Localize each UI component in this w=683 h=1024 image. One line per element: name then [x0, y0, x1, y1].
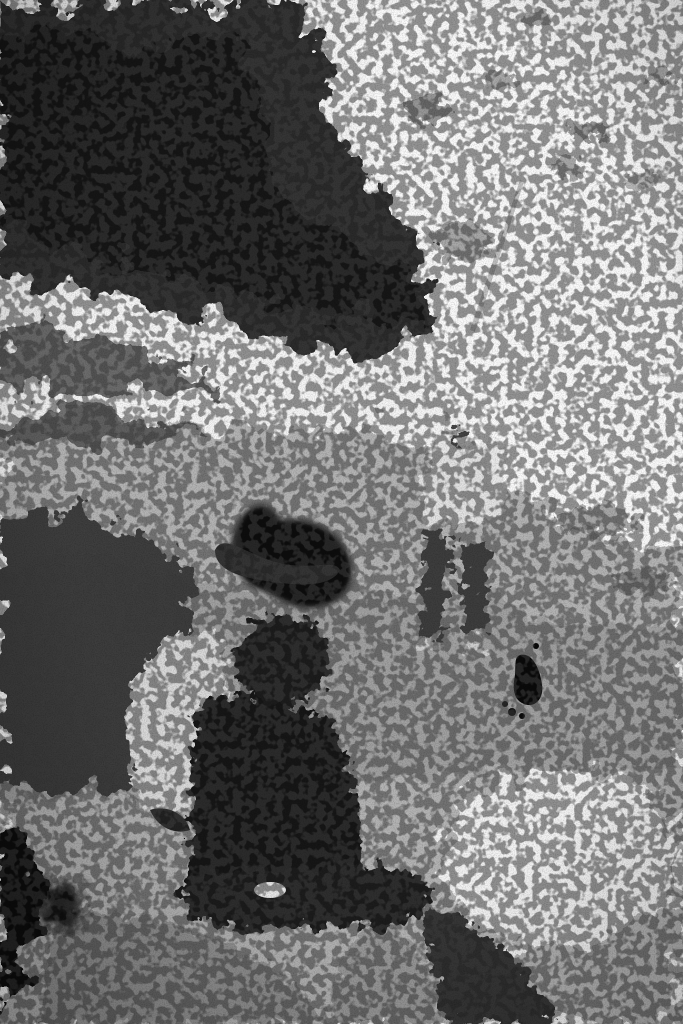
vignette — [0, 0, 683, 1024]
photo-canvas — [0, 0, 683, 1024]
photograph: Grainy high-contrast black and white pho… — [0, 0, 683, 1024]
